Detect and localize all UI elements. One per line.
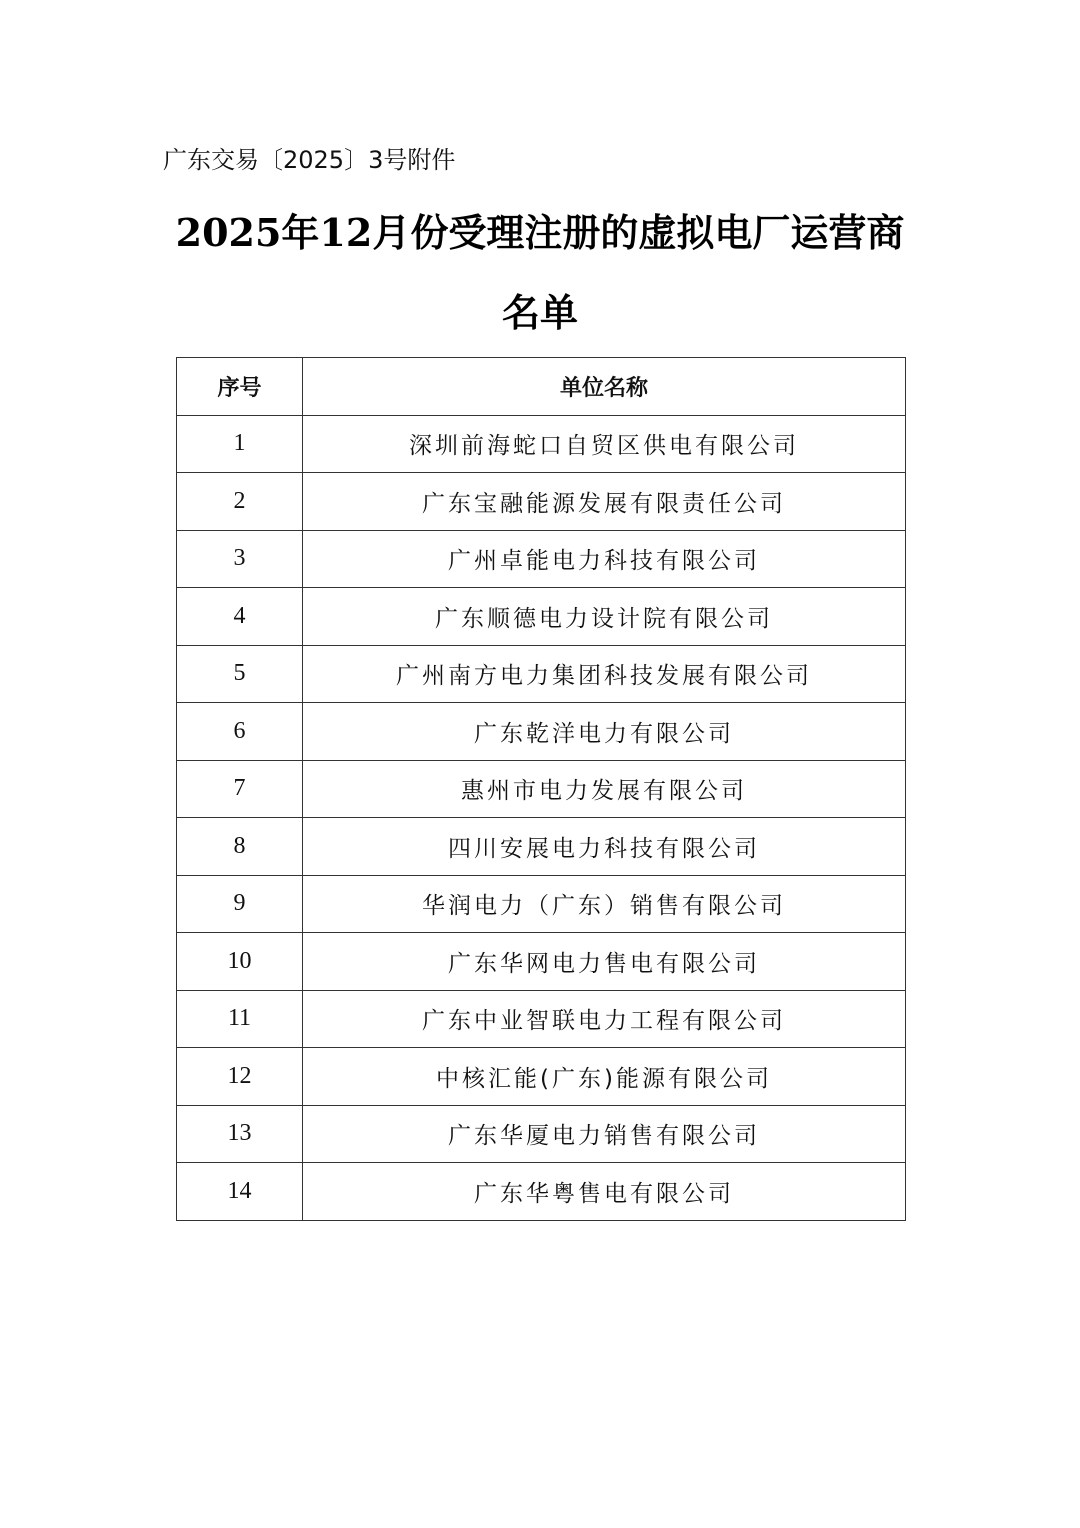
row-serial-number: 12 bbox=[177, 1048, 303, 1106]
table-row: 14 广东华粤售电有限公司 bbox=[177, 1163, 906, 1221]
row-serial-number: 4 bbox=[177, 588, 303, 646]
row-company-name: 华润电力（广东）销售有限公司 bbox=[303, 875, 906, 933]
row-company-name: 惠州市电力发展有限公司 bbox=[303, 760, 906, 818]
operator-list-table: 序号 单位名称 1 深圳前海蛇口自贸区供电有限公司 2 广东宝融能源发展有限责任… bbox=[176, 357, 906, 1221]
row-company-name: 广东乾洋电力有限公司 bbox=[303, 703, 906, 761]
row-company-name: 广东华粤售电有限公司 bbox=[303, 1163, 906, 1221]
table-row: 11 广东中业智联电力工程有限公司 bbox=[177, 990, 906, 1048]
table-row: 1 深圳前海蛇口自贸区供电有限公司 bbox=[177, 415, 906, 473]
header-serial-number: 序号 bbox=[177, 358, 303, 416]
row-serial-number: 9 bbox=[177, 875, 303, 933]
row-company-name: 广东华厦电力销售有限公司 bbox=[303, 1105, 906, 1163]
row-company-name: 中核汇能(广东)能源有限公司 bbox=[303, 1048, 906, 1106]
row-company-name: 广东华网电力售电有限公司 bbox=[303, 933, 906, 991]
table-row: 6 广东乾洋电力有限公司 bbox=[177, 703, 906, 761]
row-serial-number: 1 bbox=[177, 415, 303, 473]
table-header-row: 序号 单位名称 bbox=[177, 358, 906, 416]
row-company-name: 广东宝融能源发展有限责任公司 bbox=[303, 473, 906, 531]
row-serial-number: 6 bbox=[177, 703, 303, 761]
table-row: 8 四川安展电力科技有限公司 bbox=[177, 818, 906, 876]
document-title-line-2: 名单 bbox=[0, 286, 1080, 340]
row-company-name: 广东顺德电力设计院有限公司 bbox=[303, 588, 906, 646]
table-row: 4 广东顺德电力设计院有限公司 bbox=[177, 588, 906, 646]
table-row: 5 广州南方电力集团科技发展有限公司 bbox=[177, 645, 906, 703]
table-row: 3 广州卓能电力科技有限公司 bbox=[177, 530, 906, 588]
table-row: 9 华润电力（广东）销售有限公司 bbox=[177, 875, 906, 933]
row-serial-number: 11 bbox=[177, 990, 303, 1048]
row-company-name: 四川安展电力科技有限公司 bbox=[303, 818, 906, 876]
row-company-name: 广东中业智联电力工程有限公司 bbox=[303, 990, 906, 1048]
table-row: 7 惠州市电力发展有限公司 bbox=[177, 760, 906, 818]
row-company-name: 广州南方电力集团科技发展有限公司 bbox=[303, 645, 906, 703]
row-serial-number: 7 bbox=[177, 760, 303, 818]
table-row: 10 广东华网电力售电有限公司 bbox=[177, 933, 906, 991]
row-serial-number: 3 bbox=[177, 530, 303, 588]
row-serial-number: 13 bbox=[177, 1105, 303, 1163]
document-title-line-1: 2025年12月份受理注册的虚拟电厂运营商 bbox=[0, 206, 1080, 260]
row-serial-number: 10 bbox=[177, 933, 303, 991]
row-serial-number: 5 bbox=[177, 645, 303, 703]
row-serial-number: 2 bbox=[177, 473, 303, 531]
document-reference: 广东交易〔2025〕3号附件 bbox=[163, 144, 455, 176]
table-row: 2 广东宝融能源发展有限责任公司 bbox=[177, 473, 906, 531]
table-row: 13 广东华厦电力销售有限公司 bbox=[177, 1105, 906, 1163]
table-row: 12 中核汇能(广东)能源有限公司 bbox=[177, 1048, 906, 1106]
header-company-name: 单位名称 bbox=[303, 358, 906, 416]
row-serial-number: 14 bbox=[177, 1163, 303, 1221]
row-company-name: 深圳前海蛇口自贸区供电有限公司 bbox=[303, 415, 906, 473]
row-serial-number: 8 bbox=[177, 818, 303, 876]
row-company-name: 广州卓能电力科技有限公司 bbox=[303, 530, 906, 588]
